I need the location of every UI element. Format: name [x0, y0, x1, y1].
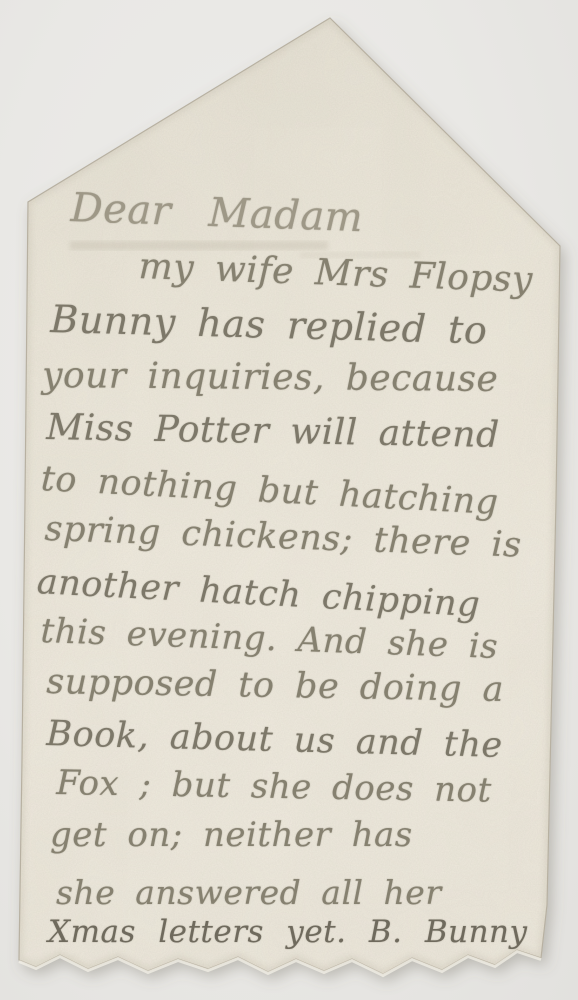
- letter-paper: [0, 0, 578, 1000]
- paper-mottle: [19, 18, 560, 974]
- scanned-letter-photo: Dear Madam my wife Mrs Flopsy Bunny has …: [0, 0, 578, 1000]
